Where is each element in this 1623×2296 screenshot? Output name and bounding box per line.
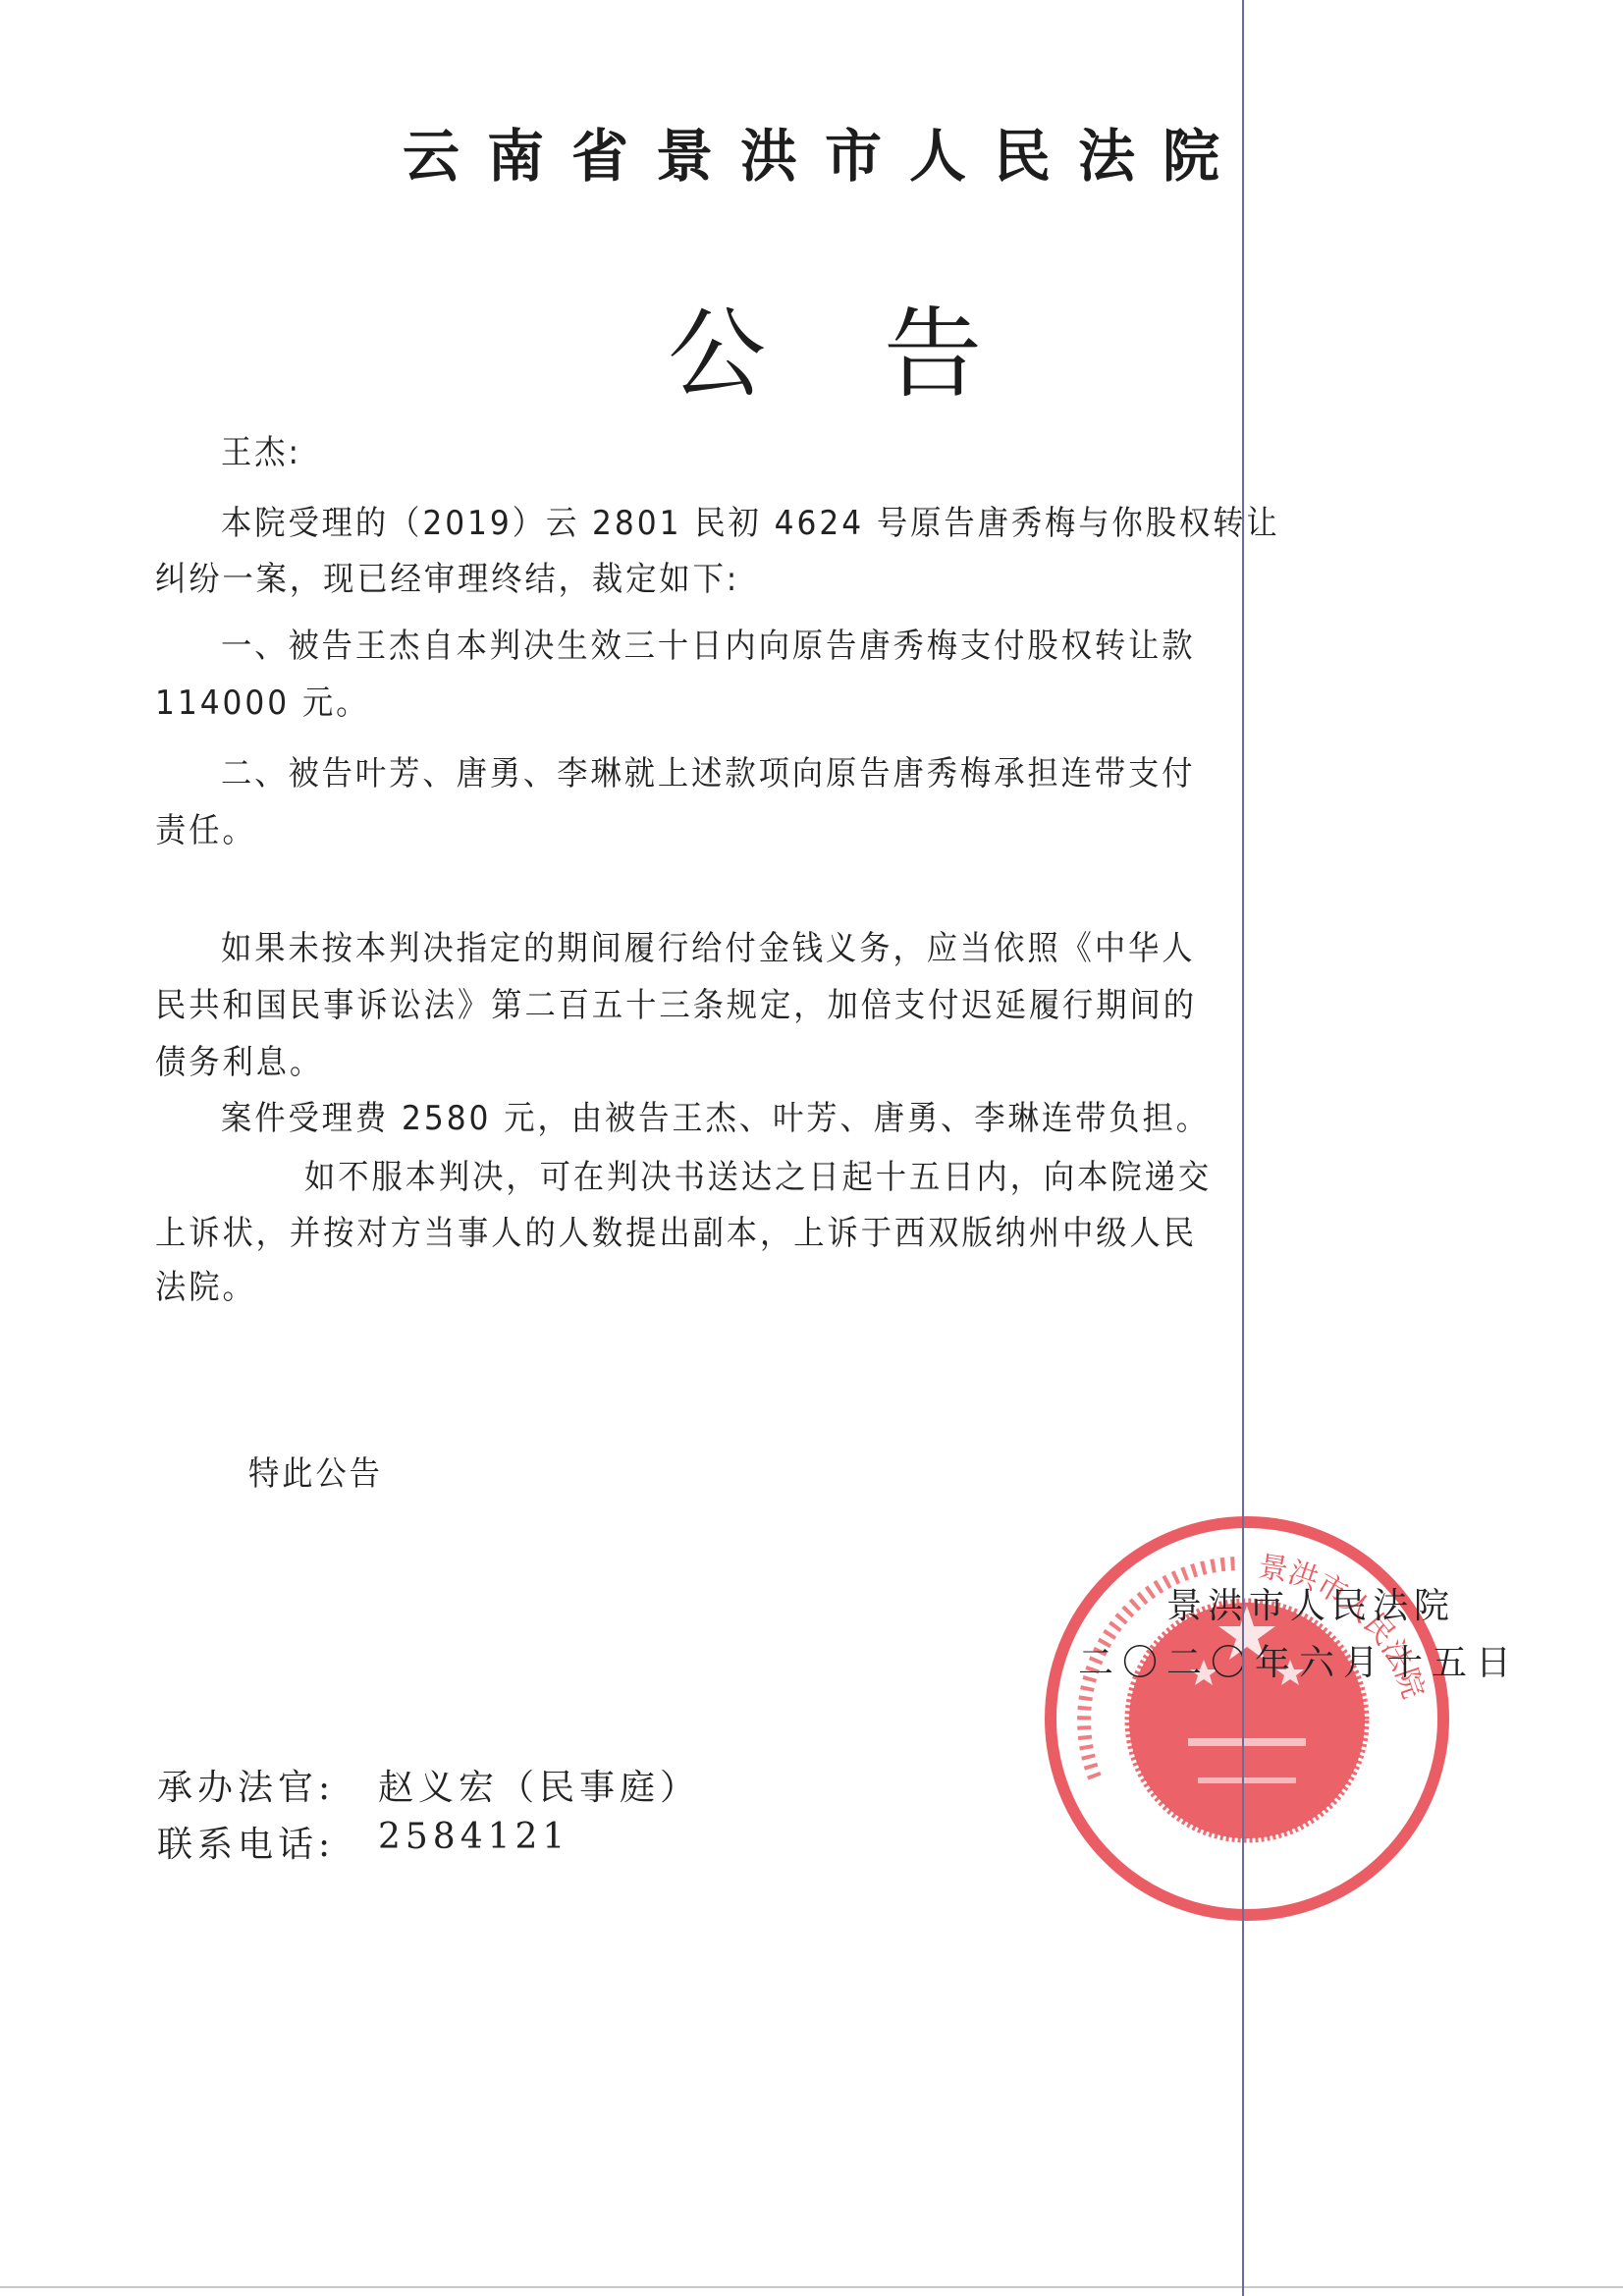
official-seal-icon: 景洪市人民法院 xyxy=(1041,1512,1453,1925)
body-line: 民共和国民事诉讼法》第二百五十三条规定，加倍支付迟延履行期间的 xyxy=(155,978,1197,1026)
scan-edge-line xyxy=(0,2286,1623,2288)
body-line: 案件受理费 2580 元，由被告王杰、叶芳、唐勇、李琳连带负担。 xyxy=(221,1091,1210,1139)
body-line: 如不服本判决，可在判决书送达之日起十五日内，向本院递交 xyxy=(304,1150,1212,1198)
judge-label: 承办法官: xyxy=(157,1760,335,1810)
body-line: 本院受理的（2019）云 2801 民初 4624 号原告唐秀梅与你股权转让 xyxy=(221,496,1280,544)
body-line: 二、被告叶芳、唐勇、李琳就上述款项向原告唐秀梅承担连带支付 xyxy=(221,746,1196,794)
addressee: 王杰: xyxy=(221,425,301,473)
body-line: 上诉状，并按对方当事人的人数提出副本，上诉于西双版纳州中级人民 xyxy=(155,1206,1197,1254)
closing-statement: 特此公告 xyxy=(248,1447,383,1495)
body-line: 如果未按本判决指定的期间履行给付金钱义务，应当依照《中华人 xyxy=(221,921,1196,969)
body-line: 债务利息。 xyxy=(155,1035,323,1083)
body-line: 纠纷一案，现已经审理终结，裁定如下: xyxy=(155,552,739,600)
judge-value: 赵义宏（民事庭） xyxy=(378,1760,700,1810)
scan-fold-line xyxy=(1242,0,1244,2296)
body-line: 责任。 xyxy=(155,803,256,851)
phone-value: 2584121 xyxy=(378,1817,569,1857)
court-name-heading: 云南省景洪市人民法院 xyxy=(403,110,1247,192)
body-line: 一、被告王杰自本判决生效三十日内向原告唐秀梅支付股权转让款 xyxy=(221,619,1196,667)
signature-court-name: 景洪市人民法院 xyxy=(1166,1578,1455,1628)
body-line: 114000 元。 xyxy=(155,676,369,724)
phone-label: 联系电话: xyxy=(157,1817,335,1867)
document-title: 公告 xyxy=(668,275,1100,416)
signature-date: 二〇二〇年六月十五日 xyxy=(1078,1635,1520,1685)
body-line: 法院。 xyxy=(155,1260,256,1308)
